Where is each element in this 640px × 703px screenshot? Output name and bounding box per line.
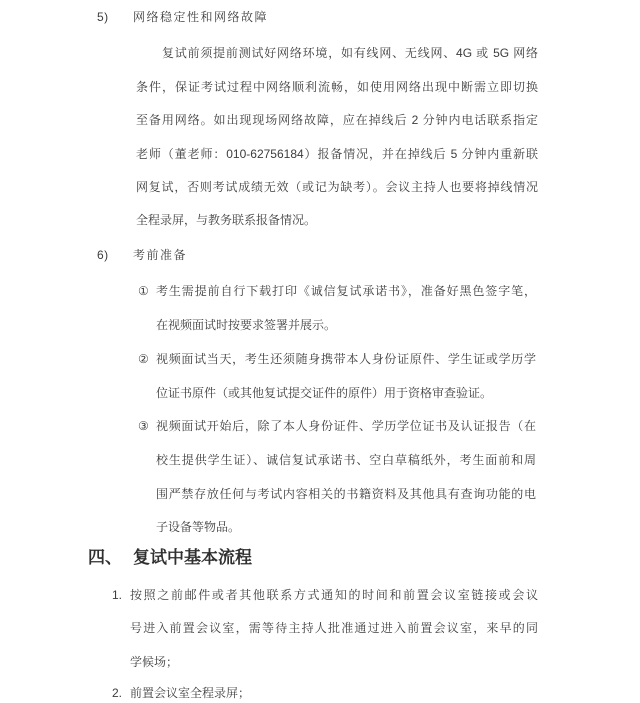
chapter-number: 四、	[88, 546, 122, 570]
subitem-line: 子设备等物品。	[156, 518, 240, 537]
subitem-line: 在视频面试时按要求签署并展示。	[156, 316, 336, 335]
paragraph-line: 复试前须提前测试好网络环境，如有线网、无线网、4G 或 5G 网络	[162, 44, 538, 63]
paragraph-line: 至备用网络。如出现现场网络故障，应在掉线后 2 分钟内电话联系指定	[136, 111, 538, 130]
chapter-title: 复试中基本流程	[133, 546, 252, 570]
paragraph-line: 网复试，否则考试成绩无效（或记为缺考）。会议主持人也要将掉线情况	[136, 178, 538, 197]
item5-number: 5)	[97, 8, 109, 27]
paragraph-line: 全程录屏，与教务联系报备情况。	[136, 211, 316, 230]
subitem-line: 视频面试当天，考生还须随身携带本人身份证原件、学生证或学历学	[156, 350, 536, 369]
subitem-line: 考生需提前自行下载打印《诚信复试承诺书》，准备好黑色签字笔，	[156, 282, 536, 301]
step-line: 号进入前置会议室，需等待主持人批准通过进入前置会议室，来早的同	[130, 619, 538, 638]
paragraph-line: 条件，保证考试过程中网络顺利流畅，如使用网络出现中断需立即切换	[136, 78, 538, 97]
subitem-line: 视频面试开始后，除了本人身份证件、学历学位证书及认证报告（在	[156, 417, 536, 436]
item6-title: 考前准备	[133, 246, 187, 265]
step-number: 2.	[112, 684, 122, 703]
subitem-line: 围严禁存放任何与考试内容相关的书籍资料及其他具有查询功能的电	[156, 485, 536, 504]
step-line: 学候场；	[130, 653, 178, 672]
paragraph-line: 老师（董老师：010-62756184）报备情况，并在掉线后 5 分钟内重新联	[136, 145, 538, 164]
circled-one-marker: ①	[138, 282, 149, 301]
subitem-line: 校生提供学生证）、诚信复试承诺书、空白草稿纸外，考生面前和周	[156, 451, 536, 470]
item6-number: 6)	[97, 246, 109, 265]
step-number: 1.	[112, 586, 122, 605]
document-page: 5) 网络稳定性和网络故障 复试前须提前测试好网络环境，如有线网、无线网、4G …	[0, 0, 640, 703]
step-line: 前置会议室全程录屏；	[130, 684, 250, 703]
item5-title: 网络稳定性和网络故障	[133, 8, 268, 27]
circled-two-marker: ②	[138, 350, 149, 369]
circled-three-marker: ③	[138, 417, 149, 436]
subitem-line: 位证书原件（或其他复试提交证件的原件）用于资格审查验证。	[156, 384, 492, 403]
step-line: 按照之前邮件或者其他联系方式通知的时间和前置会议室链接或会议	[130, 586, 538, 605]
